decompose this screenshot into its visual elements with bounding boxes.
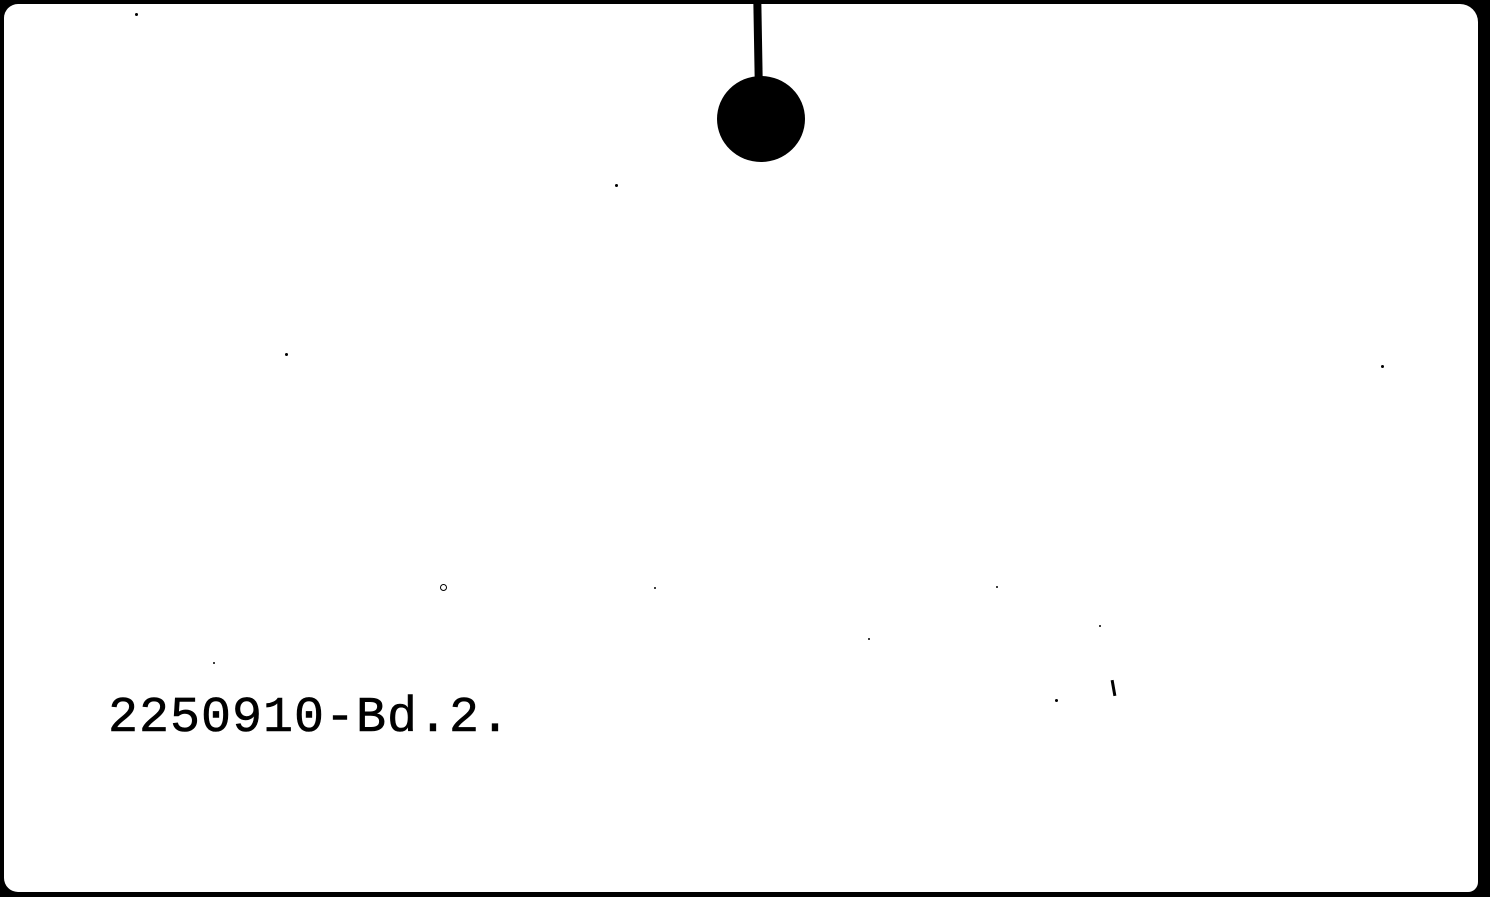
pen-mark (1111, 680, 1117, 696)
call-number-text: 2250910-Bd.2. (108, 690, 511, 747)
dust-speck (285, 353, 288, 356)
catalog-card: 2250910-Bd.2. (4, 4, 1478, 892)
dust-speck (135, 13, 138, 16)
dust-speck (615, 184, 618, 187)
dust-speck (440, 584, 447, 591)
punch-hole (717, 76, 805, 162)
dust-speck (1381, 365, 1384, 368)
dust-speck (1099, 625, 1101, 627)
punch-hole-tear (753, 4, 762, 80)
scanned-card-image: 2250910-Bd.2. (0, 0, 1490, 897)
dust-speck (213, 662, 215, 664)
dust-speck (654, 587, 656, 589)
dust-speck (1055, 699, 1058, 702)
dust-speck (996, 586, 998, 588)
dust-speck (868, 638, 870, 640)
